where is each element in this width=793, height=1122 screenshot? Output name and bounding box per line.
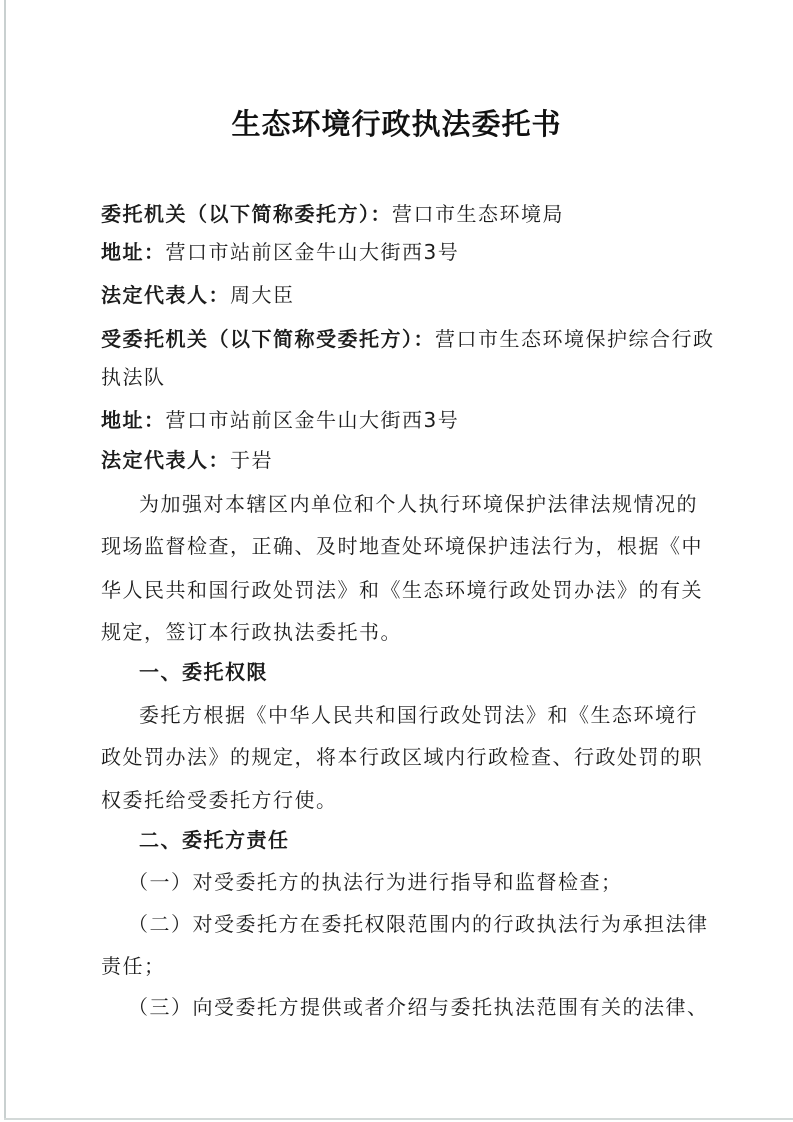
agent-rep-label: 法定代表人： xyxy=(101,448,230,472)
principal-address-line: 地址：营口市站前区金牛山大街西3号 xyxy=(101,240,711,264)
section-heading: 二、委托方责任 xyxy=(139,828,711,852)
section-line: 委托方根据《中华人民共和国行政处罚法》和《生态环境行 xyxy=(139,703,711,727)
agent-address: 营口市站前区金牛山大街西3号 xyxy=(166,408,460,432)
scan-edge-bottom xyxy=(4,1118,793,1120)
principal-address: 营口市站前区金牛山大街西3号 xyxy=(166,240,460,264)
preamble-line: 现场监督检查，正确、及时地查处环境保护违法行为，根据《中 xyxy=(101,534,711,558)
agent-name-line1: 营口市生态环境保护综合行政 xyxy=(435,327,715,351)
document-title: 生态环境行政执法委托书 xyxy=(0,102,793,143)
principal-rep-label: 法定代表人： xyxy=(101,283,230,307)
agent-rep: 于岩 xyxy=(230,448,273,472)
list-item: （一）对受委托方的执法行为进行指导和监督检查； xyxy=(128,870,738,894)
preamble-line: 为加强对本辖区内单位和个人执行环境保护法律法规情况的 xyxy=(139,492,711,516)
agent-name-line2: 执法队 xyxy=(101,365,711,389)
preamble-line: 华人民共和国行政处罚法》和《生态环境行政处罚办法》的有关 xyxy=(101,578,711,602)
scan-edge-left xyxy=(4,0,6,1118)
principal-label: 委托机关（以下简称委托方）： xyxy=(101,202,392,226)
principal-rep-line: 法定代表人：周大臣 xyxy=(101,283,711,307)
section-heading: 一、委托权限 xyxy=(139,660,711,684)
agent-line: 受委托机关（以下简称受委托方）：营口市生态环境保护综合行政 xyxy=(101,327,711,351)
list-item: （二）对受委托方在委托权限范围内的行政执法行为承担法律 xyxy=(128,912,738,936)
agent-rep-line: 法定代表人：于岩 xyxy=(101,448,711,472)
agent-address-label: 地址： xyxy=(101,408,166,432)
principal-line: 委托机关（以下简称委托方）：营口市生态环境局 xyxy=(101,202,711,226)
principal-address-label: 地址： xyxy=(101,240,166,264)
agent-address-line: 地址：营口市站前区金牛山大街西3号 xyxy=(101,408,711,432)
agent-label: 受委托机关（以下简称受委托方）： xyxy=(101,327,435,351)
principal-name: 营口市生态环境局 xyxy=(392,202,564,226)
document-page: 生态环境行政执法委托书 委托机关（以下简称委托方）：营口市生态环境局 地址：营口… xyxy=(0,0,793,1122)
preamble-line: 规定，签订本行政执法委托书。 xyxy=(101,620,711,644)
principal-rep: 周大臣 xyxy=(230,283,295,307)
list-item: （三）向受委托方提供或者介绍与委托执法范围有关的法律、 xyxy=(128,995,738,1019)
section-line: 权委托给受委托方行使。 xyxy=(101,788,711,812)
list-item-continuation: 责任； xyxy=(101,954,711,978)
section-line: 政处罚办法》的规定，将本行政区域内行政检查、行政处罚的职 xyxy=(101,745,711,769)
